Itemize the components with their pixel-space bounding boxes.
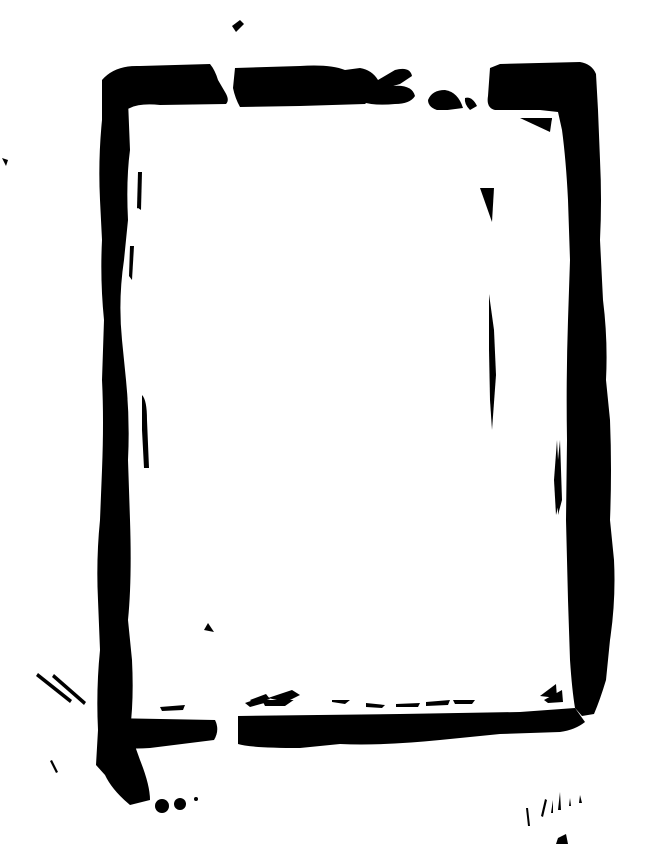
splatter-dot-1 [155,799,169,813]
stray-bottom-right-3 [551,800,553,813]
stray-left-streak-3 [50,760,58,773]
inner-dash-7 [396,703,420,707]
splatter-dot-2 [174,798,186,810]
stray-bottom-right-7 [556,834,568,844]
top-blob-2 [428,90,463,111]
stray-bottom-right-2 [541,799,547,817]
inner-dash-8 [426,700,450,706]
left-border [97,90,132,738]
stray-bottom-right-1 [526,808,530,826]
stray-bottom-right-6 [579,795,582,803]
stray-bottom-right-4 [558,792,561,810]
left-inner-mark-2 [129,246,134,280]
grunge-frame [0,0,669,844]
frame-interior [138,110,558,700]
inner-dash-9 [453,700,475,704]
stray-left-mark [2,158,8,166]
inner-dash-1 [160,705,185,711]
splatter-dot-3 [194,797,198,801]
stray-bottom-right-5 [569,798,571,806]
bottom-border-right [238,708,585,748]
inner-dash-6 [366,703,385,708]
stray-top-mark [232,20,244,32]
top-blob-3 [465,98,477,110]
